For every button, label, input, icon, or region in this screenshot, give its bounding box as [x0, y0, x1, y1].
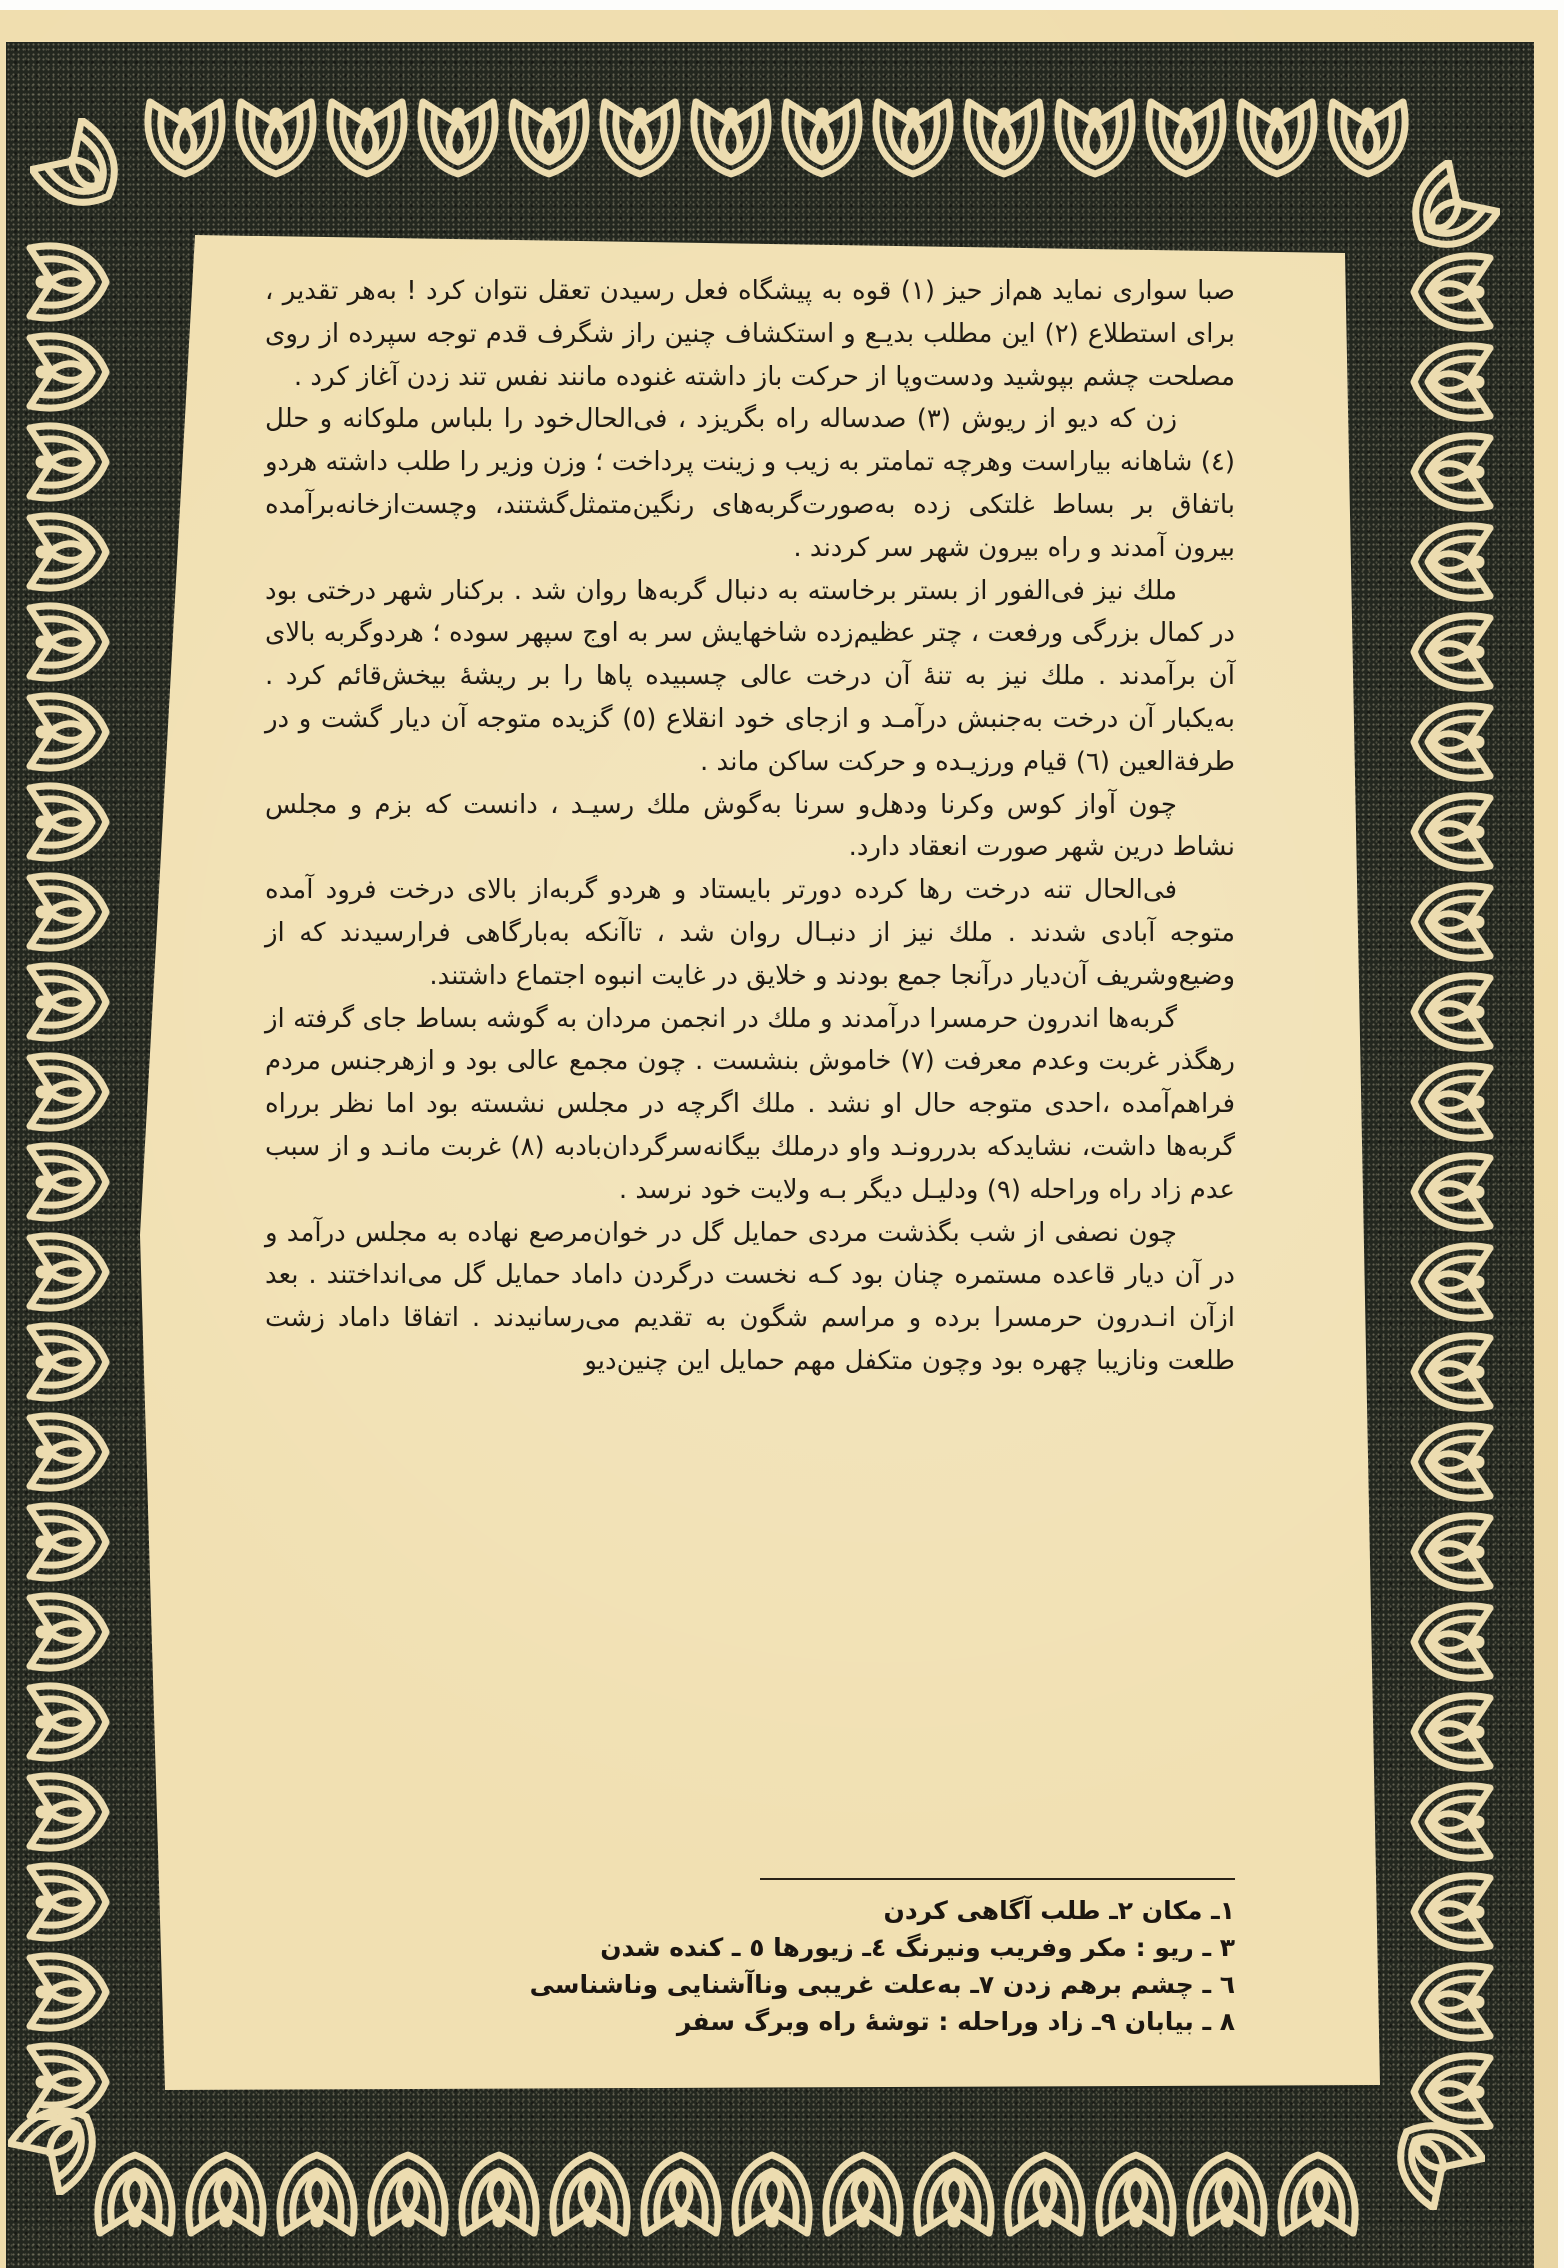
- tulip-icon: [8, 2085, 118, 2195]
- paragraph: فی‌الحال تنه درخت رها کرده دورتر بایستاد…: [265, 869, 1235, 997]
- tulip-border-bottom: [90, 2145, 1360, 2245]
- tulip-icon: [1390, 160, 1500, 270]
- tulip-border-right: [1400, 250, 1500, 2130]
- paragraph: ملك نیز فی‌الفور از بستر برخاسته به دنبا…: [265, 570, 1235, 784]
- corner-tulip-bottom-left: [8, 2085, 118, 2195]
- tulip-icon: [1375, 2100, 1485, 2210]
- footnote-line: ٦ ـ چشم برهم زدن ۷ـ به‌علت غریبی وناآشنا…: [255, 1966, 1235, 2003]
- corner-tulip-bottom-right: [1375, 2100, 1485, 2210]
- tulip-icon: [18, 240, 118, 2120]
- paragraph: چون آواز کوس وکرنا ودهل‌و سرنا به‌گوش مل…: [265, 784, 1235, 870]
- paragraph: چون نصفی از شب بگذشت مردی حمایل گل در خو…: [265, 1212, 1235, 1383]
- footnotes: ۱ـ مکان ۲ـ طلب آگاهی کردن ۳ ـ ریو : مکر …: [255, 1892, 1235, 2040]
- footnote-line: ۳ ـ ریو : مکر وفریب ونیرنگ ٤ـ زیورها ٥ ـ…: [255, 1929, 1235, 1966]
- tulip-icon: [1400, 250, 1500, 2130]
- tulip-border-left: [18, 240, 118, 2120]
- tulip-icon: [30, 118, 140, 228]
- tulip-border-top: [140, 90, 1410, 185]
- footnote-divider: [760, 1878, 1235, 1880]
- corner-tulip-top-right: [1390, 160, 1500, 270]
- footnote-line: ۸ ـ بیابان ۹ـ زاد وراحله : توشهٔ راه وبر…: [255, 2003, 1235, 2040]
- tulip-icon: [90, 2145, 1360, 2245]
- body-text: صبا سواری نماید هم‌از حیز (۱) قوه به پیش…: [265, 270, 1235, 1383]
- paragraph: گربه‌ها اندرون حرمسرا درآمدند و ملك در ا…: [265, 998, 1235, 1212]
- footnote-line: ۱ـ مکان ۲ـ طلب آگاهی کردن: [255, 1892, 1235, 1929]
- paragraph: زن که دیو از ریوش (۳) صدساله راه بگریزد …: [265, 398, 1235, 569]
- paragraph: صبا سواری نماید هم‌از حیز (۱) قوه به پیش…: [265, 270, 1235, 398]
- tulip-icon: [140, 90, 1410, 185]
- corner-tulip-top-left: [30, 118, 140, 228]
